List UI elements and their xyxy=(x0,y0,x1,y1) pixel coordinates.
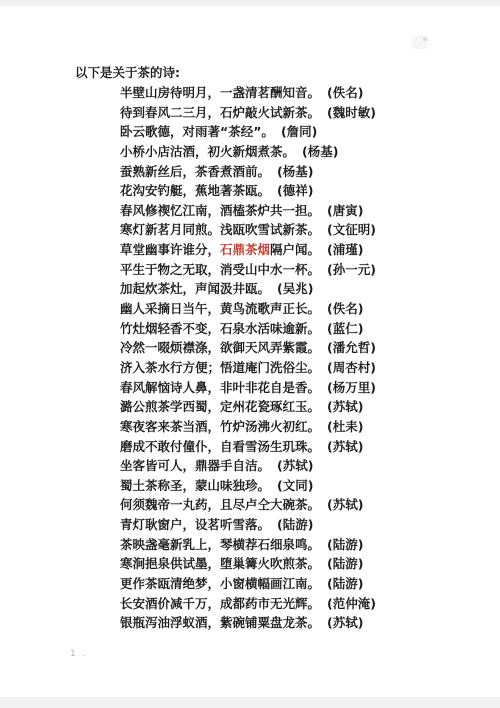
poem-line: 寒灯新茗月同煎。浅瓯吹雪试新茶。(文征明) xyxy=(120,220,376,240)
poem-line: 幽人采摘日当午，黄鸟流歌声正长。(佚名) xyxy=(120,299,376,319)
verse-text: 平生于物之无取，消受山中水一杯。 xyxy=(120,262,320,277)
verse-text: 坐客皆可人，鼎器手自洁。 xyxy=(120,458,270,473)
poem-line: 茶映盏毫新乳上，琴横荐石细泉鸣。(陆游) xyxy=(120,535,376,555)
poem-author: (周杏村) xyxy=(327,360,376,375)
poem-line: 冷然一啜烦襟涤，欲御天风弄紫霞。(潘允哲) xyxy=(120,338,376,358)
poem-line: 寒涧挹泉供试墨，堕巢篝火吹煎茶。(陆游) xyxy=(120,554,376,574)
poem-author: (潘允哲) xyxy=(327,340,376,355)
poem-line: 待到春风二三月，石炉敲火试新茶。(魏时敏) xyxy=(120,103,376,123)
poem-line: 坐客皆可人，鼎器手自洁。(苏轼) xyxy=(120,456,376,476)
verse-text: 更作茶瓯清绝梦，小窗横幅画江南。 xyxy=(120,576,320,591)
poem-line: 春风解恼诗人鼻，非叶非花自是香。(杨万里) xyxy=(120,378,376,398)
verse-text: 寒灯新茗月同煎。浅瓯吹雪试新茶。 xyxy=(120,222,320,237)
verse-text: 草堂幽事许谁分， xyxy=(120,242,220,257)
verse-text: 加起炊茶灶，声闻汲井瓯。 xyxy=(120,281,270,296)
poem-author: (苏轼) xyxy=(327,615,363,630)
poem-author: (杨万里) xyxy=(327,380,376,395)
poem-author: (陆游) xyxy=(327,576,363,591)
verse-text: 竹灶烟轻香不变，石泉水活味逾新。 xyxy=(120,321,320,336)
verse-text: 幽人采摘日当午，黄鸟流歌声正长。 xyxy=(120,301,320,316)
verse-text: 蜀土茶称圣，蒙山味独珍。 xyxy=(120,478,270,493)
verse-text: 冷然一啜烦襟涤，欲御天风弄紫霞。 xyxy=(120,340,320,355)
poem-line: 何须魏帝一丸药，且尽卢仝大碗茶。(苏轼) xyxy=(120,495,376,515)
verse-text: 济入茶水行方便；悟道庵门洗俗尘。 xyxy=(120,360,320,375)
poem-line: 青灯耿窗户，设茗听雪落。(陆游) xyxy=(120,515,376,535)
poem-line: 加起炊茶灶，声闻汲井瓯。(吴兆) xyxy=(120,279,376,299)
poem-author: (苏轼) xyxy=(327,439,363,454)
poem-line: 卧云歌德，对雨著“茶经”。(詹同) xyxy=(120,122,376,142)
poem-line: 银瓶泻油浮蚁酒，紫碗铺粟盘龙茶。(苏轼) xyxy=(120,613,376,633)
poem-line: 磨成不敢付僮仆，自看雪汤生玑珠。(苏轼) xyxy=(120,437,376,457)
page-edge-top xyxy=(0,0,500,6)
poem-line: 蚕熟新丝后，茶香煮酒前。(杨基) xyxy=(120,162,376,182)
poem-author: (文征明) xyxy=(327,222,376,237)
verse-text: 银瓶泻油浮蚁酒，紫碗铺粟盘龙茶。 xyxy=(120,615,320,630)
verse-text: 寒涧挹泉供试墨，堕巢篝火吹煎茶。 xyxy=(120,556,320,571)
poem-author: (文同) xyxy=(277,478,313,493)
poem-author: (苏轼) xyxy=(327,497,363,512)
poem-line: 寒夜客来茶当酒，竹炉汤沸火初红。(杜耒) xyxy=(120,417,376,437)
verse-text: 蚕熟新丝后，茶香煮酒前。 xyxy=(120,164,270,179)
poem-line: 长安酒价减千万，成都药市无光辉。(范仲淹) xyxy=(120,594,376,614)
verse-text: 半壁山房待明月，一盏清茗酬知音。 xyxy=(120,85,320,100)
verse-text: 小桥小店沽酒，初火新烟煮茶。 xyxy=(120,144,295,159)
verse-highlighted-text: 石鼎茶烟 xyxy=(220,242,270,257)
verse-text: 青灯耿窗户，设茗听雪落。 xyxy=(120,517,270,532)
poem-line: 蜀土茶称圣，蒙山味独珍。(文同) xyxy=(120,476,376,496)
poem-author: (陆游) xyxy=(327,537,363,552)
poem-author: (唐寅) xyxy=(327,203,363,218)
poem-author: (杜耒) xyxy=(327,419,363,434)
poem-author: (孙一元) xyxy=(327,262,376,277)
poem-author: (吴兆) xyxy=(277,281,313,296)
poem-author: (苏轼) xyxy=(327,399,363,414)
document-page: 以下是关于茶的诗: 半壁山房待明月，一盏清茗酬知音。(佚名) 待到春风二三月，石… xyxy=(0,0,500,708)
poem-line: 济入茶水行方便；悟道庵门洗俗尘。(周杏村) xyxy=(120,358,376,378)
page-number-footer: 1 . xyxy=(70,649,87,659)
poem-author: (蓝仁) xyxy=(327,321,363,336)
poem-author: (杨基) xyxy=(302,144,338,159)
document-heading: 以下是关于茶的诗: xyxy=(75,63,180,81)
poem-author: (范仲淹) xyxy=(327,596,376,611)
verse-text: 长安酒价减千万，成都药市无光辉。 xyxy=(120,596,320,611)
poem-author: (陆游) xyxy=(327,556,363,571)
verse-text: 春风解恼诗人鼻，非叶非花自是香。 xyxy=(120,380,320,395)
poem-author: (杨基) xyxy=(277,164,313,179)
poem-author: (浦瑾) xyxy=(327,242,363,257)
poem-author: (佚名) xyxy=(327,301,363,316)
verse-text: 何须魏帝一丸药，且尽卢仝大碗茶。 xyxy=(120,497,320,512)
poem-author: (佚名) xyxy=(327,85,363,100)
verse-text: 潞公煎茶学西蜀，定州花瓷琢红玉。 xyxy=(120,399,320,414)
poem-line: 草堂幽事许谁分，石鼎茶烟隔户闻。(浦瑾) xyxy=(120,240,376,260)
verse-text: 花沟安钓艇，蕉地著茶瓯。 xyxy=(120,183,270,198)
poem-author: (德祥) xyxy=(277,183,313,198)
verse-text: 磨成不敢付僮仆，自看雪汤生玑珠。 xyxy=(120,439,320,454)
page-edge-bottom xyxy=(0,697,500,708)
verse-text: 寒夜客来茶当酒，竹炉汤沸火初红。 xyxy=(120,419,320,434)
poem-line: 半壁山房待明月，一盏清茗酬知音。(佚名) xyxy=(120,83,376,103)
verse-text: 茶映盏毫新乳上，琴横荐石细泉鸣。 xyxy=(120,537,320,552)
verse-text: 春风修禊忆江南，酒榼茶炉共一担。 xyxy=(120,203,320,218)
verse-text: 待到春风二三月，石炉敲火试新茶。 xyxy=(120,105,320,120)
poem-line: 小桥小店沽酒，初火新烟煮茶。(杨基) xyxy=(120,142,376,162)
faint-scan-artifact xyxy=(412,36,428,49)
poem-line: 竹灶烟轻香不变，石泉水活味逾新。(蓝仁) xyxy=(120,319,376,339)
poem-line: 潞公煎茶学西蜀，定州花瓷琢红玉。(苏轼) xyxy=(120,397,376,417)
poem-author: (苏轼) xyxy=(277,458,313,473)
verse-text-after: 隔户闻。 xyxy=(270,242,320,257)
poem-line: 花沟安钓艇，蕉地著茶瓯。(德祥) xyxy=(120,181,376,201)
poem-line: 更作茶瓯清绝梦，小窗横幅画江南。(陆游) xyxy=(120,574,376,594)
poem-line: 平生于物之无取，消受山中水一杯。(孙一元) xyxy=(120,260,376,280)
poem-author: (魏时敏) xyxy=(327,105,376,120)
verse-text: 卧云歌德，对雨著“茶经”。 xyxy=(120,124,274,139)
poem-list: 半壁山房待明月，一盏清茗酬知音。(佚名) 待到春风二三月，石炉敲火试新茶。(魏时… xyxy=(120,83,376,633)
poem-author: (陆游) xyxy=(277,517,313,532)
poem-line: 春风修禊忆江南，酒榼茶炉共一担。(唐寅) xyxy=(120,201,376,221)
poem-author: (詹同) xyxy=(281,124,317,139)
